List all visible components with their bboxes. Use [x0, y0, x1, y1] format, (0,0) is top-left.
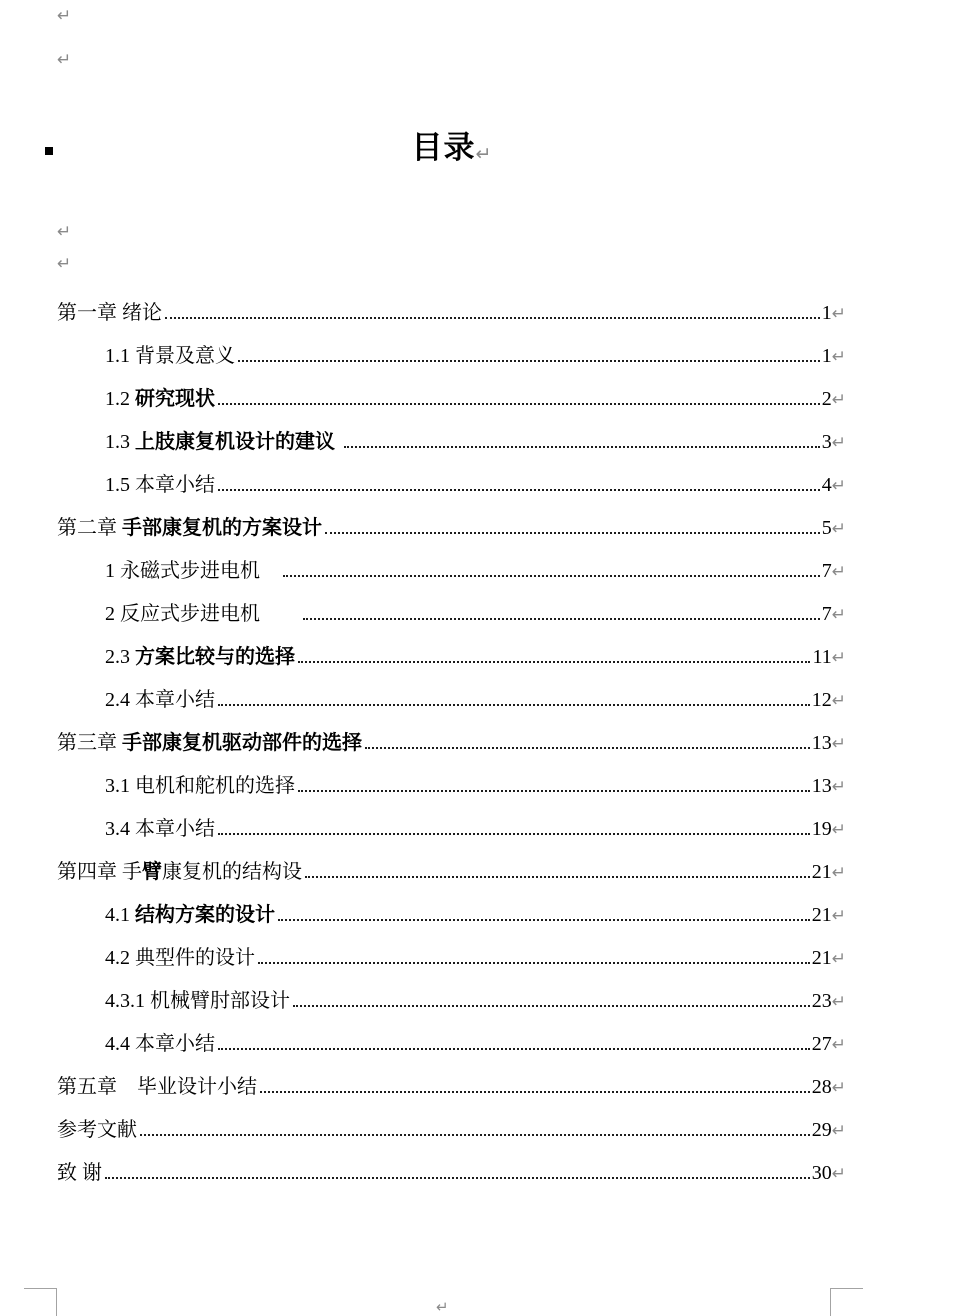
pilcrow-mark: ↵ — [832, 981, 846, 1024]
toc-entry-label: 致 谢 — [57, 1152, 102, 1195]
toc-entry[interactable]: 4.1 结构方案的设计 21 ↵ — [57, 894, 846, 937]
pilcrow-mark: ↵ — [57, 256, 71, 273]
toc-entry-text: 3.1 电机和舵机的选择 — [105, 775, 295, 797]
pilcrow-mark: ↵ — [832, 938, 846, 981]
toc-entry[interactable]: 2.3 方案比较与的选择 11 ↵ — [57, 636, 846, 679]
toc-entry-text: 方案比较与的选择 — [135, 646, 295, 668]
toc-entry-page: 1 — [822, 335, 832, 378]
dotted-leader — [238, 360, 820, 362]
pilcrow-mark: ↵ — [57, 52, 71, 69]
toc-entry[interactable]: 第二章 手部康复机的方案设计 5 ↵ — [57, 507, 846, 550]
pilcrow-mark: ↵ — [832, 594, 846, 637]
toc-entry-text: 4.4 本章小结 — [105, 1033, 215, 1055]
pilcrow-mark: ↵ — [832, 465, 846, 508]
dotted-leader — [305, 876, 810, 878]
toc-entry[interactable]: 致 谢 30 ↵ — [57, 1152, 846, 1195]
toc-entry-label: 1 永磁式步进电机 — [105, 550, 280, 593]
toc-entry-text: 2.4 本章小结 — [105, 689, 215, 711]
toc-entry-label: 第四章 手臂康复机的结构设 — [57, 851, 302, 894]
toc-entry-text: 第二章 — [57, 517, 122, 539]
toc-entry-text: 研究现状 — [135, 388, 215, 410]
margin-corner-mark-left — [24, 1288, 57, 1316]
dotted-leader — [293, 1005, 810, 1007]
toc-entry-page: 11 — [812, 636, 831, 679]
toc-entry-text: 第五章 毕业设计小结 — [57, 1076, 257, 1098]
toc-entry-label: 1.1 背景及意义 — [105, 335, 235, 378]
toc-entry[interactable]: 3.4 本章小结 19 ↵ — [57, 808, 846, 851]
toc-entry-page: 13 — [812, 722, 832, 765]
toc-entry[interactable]: 第三章 手部康复机驱动部件的选择 13 ↵ — [57, 722, 846, 765]
toc-entry[interactable]: 3.1 电机和舵机的选择 13 ↵ — [57, 765, 846, 808]
pilcrow-mark: ↵ — [832, 680, 846, 723]
dotted-leader — [278, 919, 810, 921]
pilcrow-mark: ↵ — [832, 336, 846, 379]
toc-list: 第一章 绪论 1 ↵ 1.1 背景及意义 1 ↵ 1.2 研究现状 2 ↵ 1.… — [57, 292, 846, 1195]
dotted-leader — [283, 575, 820, 577]
pilcrow-mark: ↵ — [832, 637, 846, 680]
toc-entry-text: 第一章 绪论 — [57, 302, 162, 324]
pilcrow-mark: ↵ — [832, 293, 846, 336]
toc-entry-page: 30 — [812, 1152, 832, 1195]
toc-entry[interactable]: 第五章 毕业设计小结 28 ↵ — [57, 1066, 846, 1109]
dotted-leader — [260, 1091, 810, 1093]
toc-entry[interactable]: 2.4 本章小结 12 ↵ — [57, 679, 846, 722]
toc-entry[interactable]: 2 反应式步进电机 7 ↵ — [57, 593, 846, 636]
toc-entry-page: 28 — [812, 1066, 832, 1109]
pilcrow-mark: ↵ — [476, 143, 492, 165]
pilcrow-mark: ↵ — [57, 224, 71, 241]
toc-entry-label: 4.2 典型件的设计 — [105, 937, 255, 980]
pilcrow-mark: ↵ — [57, 8, 71, 25]
toc-entry[interactable]: 1.1 背景及意义 1 ↵ — [57, 335, 846, 378]
toc-entry[interactable]: 4.2 典型件的设计 21 ↵ — [57, 937, 846, 980]
toc-entry-text: 2 反应式步进电机 — [105, 603, 300, 625]
toc-entry-text: 手部康复机的方案设计 — [122, 517, 322, 539]
toc-entry-page: 7 — [822, 550, 832, 593]
toc-entry[interactable]: 4.4 本章小结 27 ↵ — [57, 1023, 846, 1066]
toc-entry[interactable]: 参考文献 29 ↵ — [57, 1109, 846, 1152]
pilcrow-mark: ↵ — [832, 766, 846, 809]
toc-entry-page: 21 — [812, 937, 832, 980]
toc-entry-label: 第一章 绪论 — [57, 292, 162, 335]
toc-entry[interactable]: 第一章 绪论 1 ↵ — [57, 292, 846, 335]
toc-entry-label: 4.1 结构方案的设计 — [105, 894, 275, 937]
pilcrow-mark: ↵ — [832, 422, 846, 465]
pilcrow-mark: ↵ — [832, 895, 846, 938]
toc-entry-text: 上肢康复机设计的建议 — [135, 431, 341, 453]
pilcrow-mark: ↵ — [832, 551, 846, 594]
pilcrow-mark: ↵ — [832, 1067, 846, 1110]
toc-entry-label: 3.4 本章小结 — [105, 808, 215, 851]
toc-entry-label: 第五章 毕业设计小结 — [57, 1066, 257, 1109]
toc-entry-page: 21 — [812, 894, 832, 937]
toc-entry-page: 19 — [812, 808, 832, 851]
toc-entry-label: 2 反应式步进电机 — [105, 593, 300, 636]
toc-entry-text: 康复机的结构设 — [162, 861, 302, 883]
title-row: 目录↵ — [57, 126, 846, 170]
dotted-leader — [218, 403, 820, 405]
dotted-leader — [303, 618, 820, 620]
dotted-leader — [325, 532, 820, 534]
pilcrow-mark: ↵ — [832, 1024, 846, 1067]
toc-entry-text: 第四章 手 — [57, 861, 142, 883]
toc-entry-text: 参考文献 — [57, 1119, 137, 1141]
toc-entry-label: 4.4 本章小结 — [105, 1023, 215, 1066]
toc-entry[interactable]: 第四章 手臂康复机的结构设 21 ↵ — [57, 851, 846, 894]
toc-entry-text: 2.3 — [105, 646, 135, 668]
toc-entry-text: 结构方案的设计 — [135, 904, 275, 926]
dotted-leader — [218, 489, 820, 491]
toc-entry-page: 23 — [812, 980, 832, 1023]
toc-entry-text: 第三章 — [57, 732, 122, 754]
toc-entry-text: 臂 — [142, 861, 162, 883]
toc-entry-page: 7 — [822, 593, 832, 636]
toc-entry-text: 4.2 典型件的设计 — [105, 947, 255, 969]
page-title: 目录 — [412, 126, 476, 170]
dotted-leader — [218, 704, 810, 706]
pilcrow-mark: ↵ — [832, 1153, 846, 1196]
toc-entry-text: 手部康复机驱动部件的选择 — [122, 732, 362, 754]
dotted-leader — [298, 790, 810, 792]
toc-entry-page: 21 — [812, 851, 832, 894]
toc-entry-page: 4 — [822, 464, 832, 507]
toc-entry-text: 3.4 本章小结 — [105, 818, 215, 840]
toc-entry[interactable]: 1.2 研究现状 2 ↵ — [57, 378, 846, 421]
pilcrow-mark: ↵ — [832, 852, 846, 895]
toc-entry[interactable]: 1 永磁式步进电机 7 ↵ — [57, 550, 846, 593]
toc-entry[interactable]: 1.5 本章小结 4 ↵ — [57, 464, 846, 507]
toc-entry-label: 2.3 方案比较与的选择 — [105, 636, 295, 679]
toc-entry-text: 1 永磁式步进电机 — [105, 560, 280, 582]
pilcrow-mark: ↵ — [436, 1300, 449, 1315]
toc-entry-text: 1.1 背景及意义 — [105, 345, 235, 367]
pilcrow-mark: ↵ — [832, 1110, 846, 1153]
toc-entry-label: 第二章 手部康复机的方案设计 — [57, 507, 322, 550]
toc-entry-page: 1 — [822, 292, 832, 335]
toc-entry-label: 1.3 上肢康复机设计的建议 — [105, 421, 341, 464]
toc-entry-label: 第三章 手部康复机驱动部件的选择 — [57, 722, 362, 765]
toc-entry-label: 2.4 本章小结 — [105, 679, 215, 722]
toc-entry[interactable]: 4.3.1 机械臂肘部设计 23 ↵ — [57, 980, 846, 1023]
margin-corner-mark-right — [830, 1288, 863, 1316]
dotted-leader — [258, 962, 810, 964]
toc-entry-text: 1.5 本章小结 — [105, 474, 215, 496]
toc-entry-page: 13 — [812, 765, 832, 808]
toc-entry-text: 4.3.1 机械臂肘部设计 — [105, 990, 290, 1012]
pilcrow-mark: ↵ — [832, 809, 846, 852]
toc-entry-page: 3 — [822, 421, 832, 464]
dotted-leader — [365, 747, 810, 749]
toc-entry-page: 2 — [822, 378, 832, 421]
pilcrow-mark: ↵ — [832, 508, 846, 551]
pilcrow-mark: ↵ — [832, 379, 846, 422]
dotted-leader — [218, 833, 810, 835]
toc-entry-text: 1.2 — [105, 388, 135, 410]
toc-entry-label: 1.5 本章小结 — [105, 464, 215, 507]
toc-entry-text: 1.3 — [105, 431, 135, 453]
toc-entry-text: 4.1 — [105, 904, 135, 926]
toc-entry-text: 致 谢 — [57, 1162, 102, 1184]
toc-entry[interactable]: 1.3 上肢康复机设计的建议 3 ↵ — [57, 421, 846, 464]
dotted-leader — [165, 317, 820, 319]
dotted-leader — [105, 1177, 810, 1179]
toc-entry-label: 4.3.1 机械臂肘部设计 — [105, 980, 290, 1023]
toc-entry-label: 1.2 研究现状 — [105, 378, 215, 421]
toc-entry-page: 12 — [812, 679, 832, 722]
dotted-leader — [344, 446, 820, 448]
dotted-leader — [298, 661, 810, 663]
toc-entry-label: 3.1 电机和舵机的选择 — [105, 765, 295, 808]
toc-entry-page: 5 — [822, 507, 832, 550]
dotted-leader — [140, 1134, 810, 1136]
toc-entry-label: 参考文献 — [57, 1109, 137, 1152]
toc-entry-page: 29 — [812, 1109, 832, 1152]
pilcrow-mark: ↵ — [832, 723, 846, 766]
dotted-leader — [218, 1048, 810, 1050]
paragraph-format-square — [45, 147, 53, 155]
toc-entry-page: 27 — [812, 1023, 832, 1066]
